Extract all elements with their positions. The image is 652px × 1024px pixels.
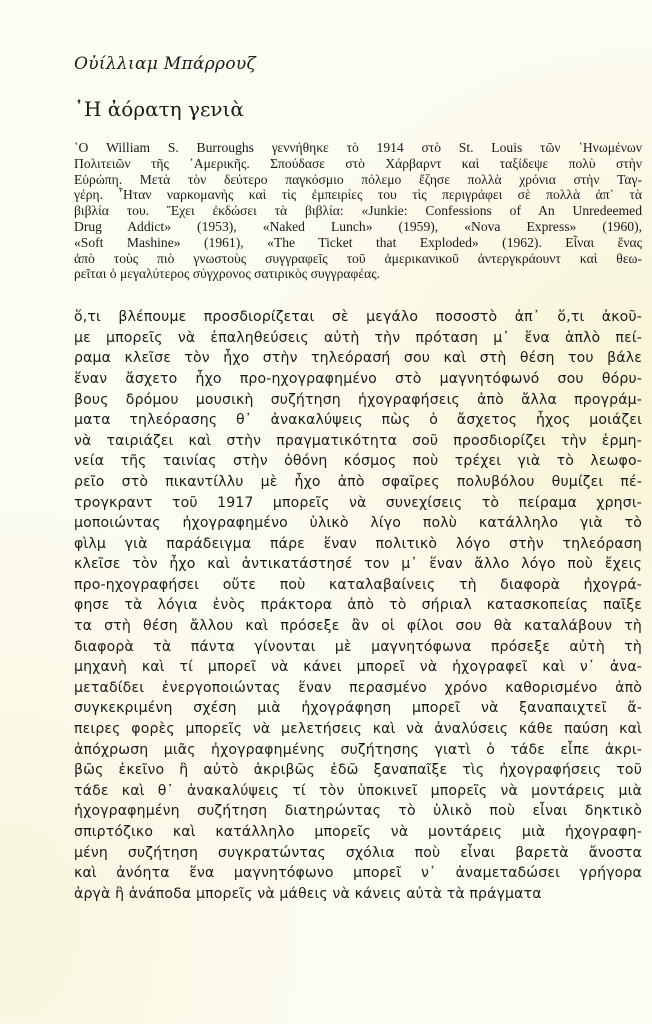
- text-line: νὰ ταιριάζει καὶ στὴν πραγματικότητα σοῦ…: [74, 431, 642, 452]
- text-line: τάδε καὶ θ᾿ ἀνακαλύψεις τί τὸν ὑποκινεῖ …: [74, 781, 642, 802]
- text-line: βους δρόμου μουσικὴ συζήτηση ἠχογραφήσει…: [74, 390, 642, 411]
- bio-line: «Soft Mashine» (1961), «The Ticket that …: [74, 235, 642, 251]
- text-line: συγκεκριμένη σχέση μιὰ ἠχογράφηση μπορεῖ…: [74, 698, 642, 719]
- bio-line: ῾Ο William S. Burroughs γεννήθηκε τὸ 191…: [74, 140, 642, 156]
- text-line: μεταδίδει ἐνεργοποιώντας ἕναν περασμένο …: [74, 678, 642, 699]
- text-line: φὶλμ γιὰ παράδειγμα πάρε ἕναν πολιτικὸ λ…: [74, 534, 642, 555]
- text-line: ρεῖο στὸ πικαντίλλυ μὲ ἦχο ἀπὸ σφαῖρες π…: [74, 472, 642, 493]
- bio-line: Drug Addict» (1953), «Naked Lunch» (1959…: [74, 219, 642, 235]
- bio-line: γέρη. ῏Ηταν ναρκομανὴς καὶ τὶς ἐμπειρίες…: [74, 187, 642, 203]
- text-line: πειρες φορὲς μπορεῖς νὰ μελετήσεις καὶ ν…: [74, 719, 642, 740]
- author-name: Οὐίλλιαμ Μπάρρουζ: [74, 52, 642, 76]
- text-line: ἀπόχρωση μιᾶς ἠχογραφημένης συζήτησης γι…: [74, 740, 642, 761]
- author-bio: ῾Ο William S. Burroughs γεννήθηκε τὸ 191…: [74, 140, 642, 282]
- essay-title: ῾Η ἀόρατη γενιὰ: [74, 96, 642, 122]
- bio-line: ἀπὸ τοὺς πιὸ γνωστοὺς συγγραφεῖς τοῦ ἀμε…: [74, 251, 642, 267]
- text-line: ὅ,τι βλέπουμε προσδιορίζεται σὲ μεγάλο π…: [74, 307, 642, 328]
- bio-line: Πολιτειῶν τῆς ᾿Αμερικῆς. Σπούδασε στὸ Χά…: [74, 156, 642, 172]
- text-line: βῶς ἐκεῖνο ἢ αὐτὸ ἀκριβῶς ἐδῶ ξαναπαῖξε …: [74, 760, 642, 781]
- text-line: ραμα κλεῖσε τὸν ἦχο στὴν τηλεόρασή σου κ…: [74, 348, 642, 369]
- bio-line: Εὐρώπη. Μετὰ τὸν δεύτερο παγκόσμιο πόλεμ…: [74, 172, 642, 188]
- text-line: φησε τὰ λόγια ἑνὸς πράκτορα ἀπὸ τὸ σήρια…: [74, 595, 642, 616]
- text-line: διαφορὰ τὰ πάντα γίνονται μὲ μαγνητόφωνα…: [74, 637, 642, 658]
- text-line: προ-ηχογραφήσει οὔτε ποὺ καταλαβαίνεις τ…: [74, 575, 642, 596]
- text-line: ἕναν ἄσχετο ἦχο προ-ηχογραφημένο στὸ μαγ…: [74, 369, 642, 390]
- text-line: νεία τῆς ταινίας στὴν ὀθόνη κόσμος ποὺ τ…: [74, 451, 642, 472]
- text-line: ματα τηλεόρασης θ᾿ ἀνακαλύψεις πὼς ὁ ἄσχ…: [74, 410, 642, 431]
- text-line: μηχανὴ καὶ τί μπορεῖ νὰ κάνει μπορεῖ νὰ …: [74, 657, 642, 678]
- document-page: Οὐίλλιαμ Μπάρρουζ ῾Η ἀόρατη γενιὰ ῾Ο Wil…: [74, 52, 642, 904]
- bio-line: βιβλία του. Ἔχει ἐκδώσει τὰ βιβλία: «Jun…: [74, 203, 642, 219]
- essay-body: ὅ,τι βλέπουμε προσδιορίζεται σὲ μεγάλο π…: [74, 307, 642, 904]
- text-line: ἀργὰ ἢ ἀνάποδα μπορεῖς νὰ μάθεις νὰ κάνε…: [74, 884, 642, 905]
- text-line: κλεῖσε τὸν ἦχο καὶ ἀντικατάστησέ τον μ᾿ …: [74, 554, 642, 575]
- text-line: ἠχογραφημένη συζήτηση διατηρώντας τὸ ὑλι…: [74, 801, 642, 822]
- bio-line: ρεῖται ὁ μεγαλύτερος σύγχρονος σατιρικὸς…: [74, 266, 642, 282]
- text-line: με μπορεῖς νὰ ἐπαληθεύσεις αὐτὴ τὴν πρότ…: [74, 328, 642, 349]
- text-line: τρογκραντ τοῦ 1917 μπορεῖς νὰ συνεχίσεις…: [74, 493, 642, 514]
- text-line: σπιρτόζικο καὶ κατάλληλο μπορεῖς νὰ μοντ…: [74, 822, 642, 843]
- text-line: καὶ ἀνόητα ἕνα μαγνητόφωνο μπορεῖ ν᾿ ἀνα…: [74, 863, 642, 884]
- text-line: τα στὴ θέση ἄλλου καὶ πρόσεξε ἂν οἱ φίλο…: [74, 616, 642, 637]
- text-line: μένη συζήτηση συγκρατώντας σχόλια ποὺ εἶ…: [74, 843, 642, 864]
- text-line: μοποιώντας ἠχογραφημένο ὑλικὸ λίγο πολὺ …: [74, 513, 642, 534]
